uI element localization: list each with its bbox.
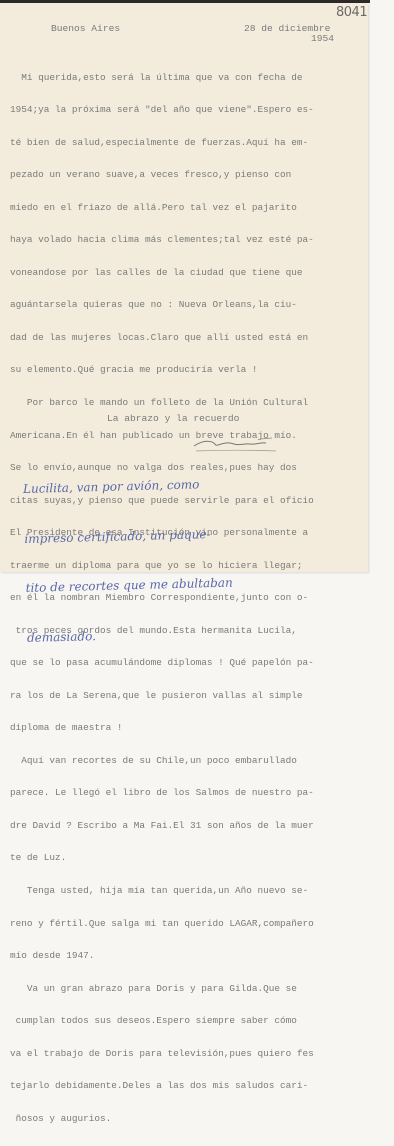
body-line: té bien de salud,especialmente de fuerza… [10, 138, 314, 149]
body-line: miedo en el friazo de allá.Pero tal vez … [10, 203, 314, 214]
archive-number: 8041 [336, 5, 367, 20]
letter-page: 8041 Buenos Aires 28 de diciembre 1954 M… [0, 3, 368, 572]
postscript-line: tito de recortes que me abultaban [25, 575, 232, 597]
letter-year: 1954 [311, 33, 334, 44]
postscript-line: Lucilita, van por avión, como [23, 476, 230, 498]
body-line: aguántarsela quieras que no : Nueva Orle… [10, 300, 314, 311]
letter-place: Buenos Aires [51, 23, 120, 34]
body-line: Mi querida,esto será la última que va co… [10, 73, 314, 84]
body-line: Por barco le mando un folleto de la Unió… [10, 398, 314, 409]
postscript-line: impreso certificado, un paque- [24, 525, 231, 547]
body-line: pezado un verano suave,a veces fresco,y … [10, 170, 314, 181]
body-line: su elemento.Qué gracia me produciría ver… [10, 365, 314, 376]
body-line: haya volado hacia clima más clementes;ta… [10, 235, 314, 246]
body-line: voneandose por las calles de la ciudad q… [10, 268, 314, 279]
letter-closing: La abrazo y la recuerdo [107, 413, 239, 424]
body-line: 1954;ya la próxima será "del año que vie… [10, 105, 314, 116]
body-line: dad de las mujeres locas.Claro que allí … [10, 333, 314, 344]
handwritten-postscript: Lucilita, van por avión, como impreso ce… [22, 443, 235, 600]
